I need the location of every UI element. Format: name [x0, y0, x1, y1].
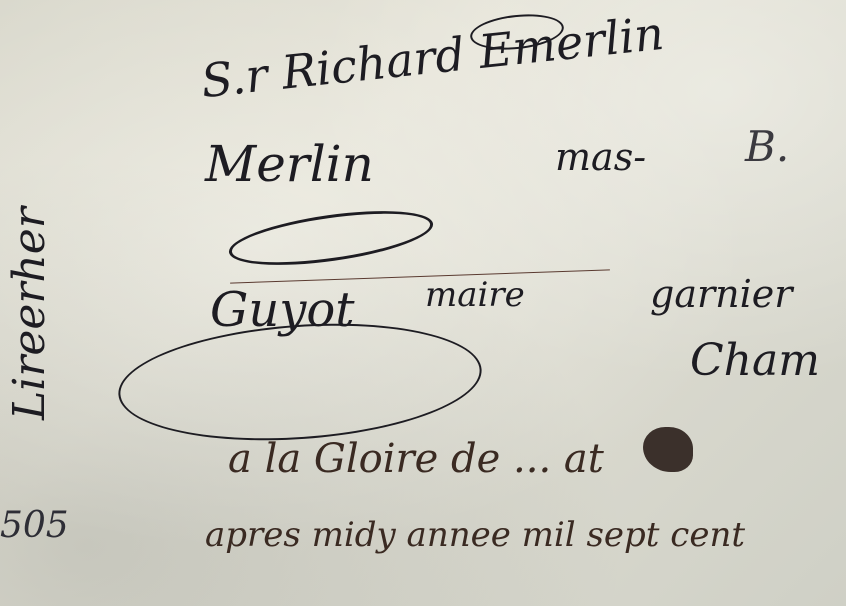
text-cham: Cham: [690, 335, 820, 386]
signature-merlin: Merlin: [205, 135, 374, 193]
text-garnier: garnier: [650, 272, 792, 316]
page-number: 505: [0, 505, 69, 546]
margin-rotated-text: Lireerher: [4, 207, 55, 420]
text-mas: mas-: [555, 135, 646, 179]
text-maire: maire: [425, 275, 525, 315]
line-gloire: a la Gloire de ... at: [228, 436, 604, 482]
line-apres-midy: apres midy annee mil sept cent: [205, 515, 745, 555]
text-initial-b: B.: [745, 122, 789, 171]
